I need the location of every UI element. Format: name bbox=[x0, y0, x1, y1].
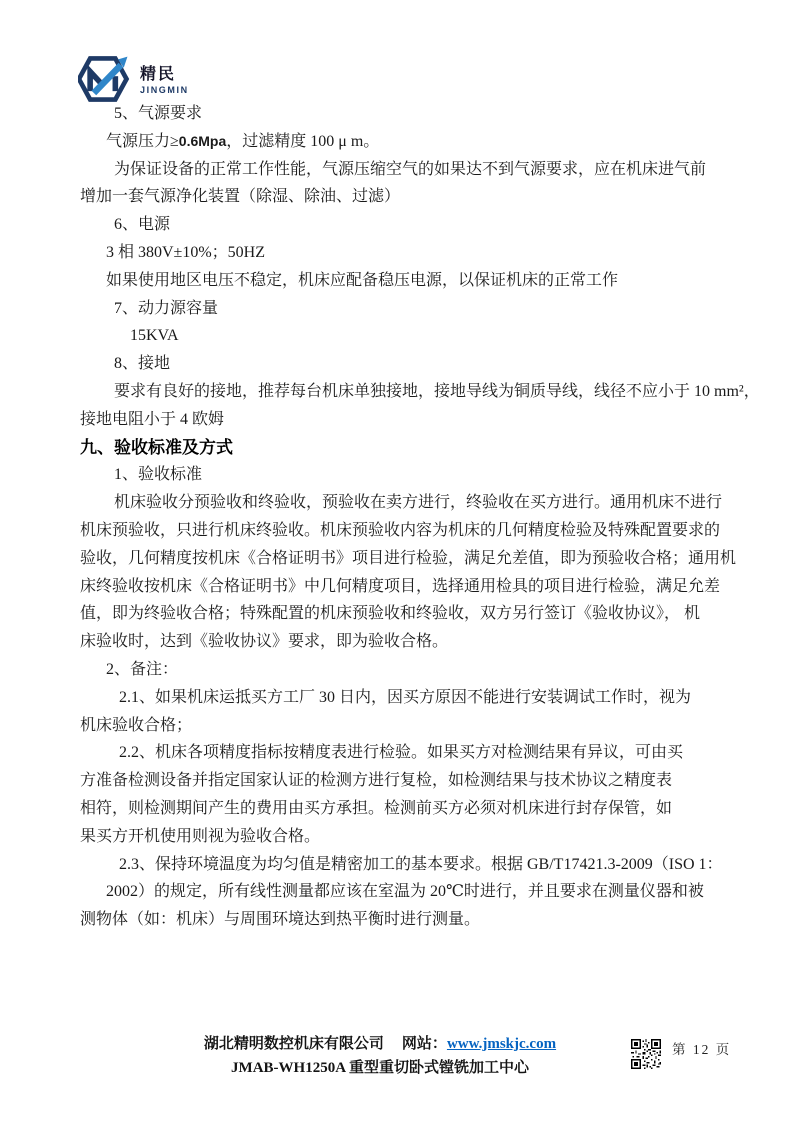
text-line: 2002）的规定，所有线性测量都应该在室温为 20℃时进行，并且要求在测量仪器和… bbox=[80, 878, 760, 906]
text-segment: 0.6Mpa bbox=[179, 133, 226, 149]
company-logo: 精民 JINGMIN bbox=[78, 55, 189, 103]
text-line: 15KVA bbox=[80, 322, 760, 350]
text-segment: 气源压力≥ bbox=[106, 133, 179, 150]
text-line: 3 相 380V±10%；50HZ bbox=[80, 239, 760, 267]
logo-mark-icon bbox=[78, 55, 134, 103]
text-line: 验收，几何精度按机床《合格证明书》项目进行检验，满足允差值，即为预验收合格；通用… bbox=[80, 545, 760, 573]
page-number: 第 12 页 bbox=[672, 1040, 742, 1060]
text-line: 5、气源要求 bbox=[80, 100, 760, 128]
text-line: 要求有良好的接地，推荐每台机床单独接地，接地导线为铜质导线，线径不应小于 10 … bbox=[80, 378, 760, 406]
text-line: 2.2、机床各项精度指标按精度表进行检验。如果买方对检测结果有异议，可由买 bbox=[80, 739, 760, 767]
text-segment: ，过滤精度 100 μ m。 bbox=[226, 133, 379, 150]
document-body: 5、气源要求气源压力≥0.6Mpa，过滤精度 100 μ m。为保证设备的正常工… bbox=[80, 100, 760, 934]
text-line: 8、接地 bbox=[80, 350, 760, 378]
text-line: 值，即为终验收合格；特殊配置的机床预验收和终验收，双方另行签订《验收协议》， 机 bbox=[80, 600, 760, 628]
footer-website-label: 网站： bbox=[402, 1036, 447, 1052]
text-line: 6、电源 bbox=[80, 211, 760, 239]
text-line: 机床验收合格； bbox=[80, 712, 760, 740]
footer-text: 湖北精明数控机床有限公司网站：www.jmskjc.com JMAB-WH125… bbox=[100, 1032, 660, 1080]
text-line: 果买方开机使用则视为验收合格。 bbox=[80, 823, 760, 851]
text-line: 机床验收分预验收和终验收，预验收在卖方进行，终验收在买方进行。通用机床不进行 bbox=[80, 489, 760, 517]
text-line: 2、备注： bbox=[80, 656, 760, 684]
text-line: 床验收时，达到《验收协议》要求，即为验收合格。 bbox=[80, 628, 760, 656]
text-line: 增加一套气源净化装置（除湿、除油、过滤） bbox=[80, 183, 760, 211]
section-heading: 九、验收标准及方式 bbox=[80, 434, 760, 462]
footer-company-line: 湖北精明数控机床有限公司网站：www.jmskjc.com bbox=[100, 1032, 660, 1056]
text-line: 接地电阻小于 4 欧姆 bbox=[80, 406, 760, 434]
footer-product: JMAB-WH1250A 重型重切卧式镗铣加工中心 bbox=[100, 1056, 660, 1080]
text-line: 机床预验收，只进行机床终验收。机床预验收内容为机床的几何精度检验及特殊配置要求的 bbox=[80, 517, 760, 545]
logo-name-zh: 精民 bbox=[140, 67, 189, 83]
text-line: 2.3、保持环境温度为均匀值是精密加工的基本要求。根据 GB/T17421.3-… bbox=[80, 851, 760, 879]
footer-website-link[interactable]: www.jmskjc.com bbox=[447, 1036, 556, 1052]
text-line: 方准备检测设备并指定国家认证的检测方进行复检，如检测结果与技术协议之精度表 bbox=[80, 767, 760, 795]
text-line: 2.1、如果机床运抵买方工厂 30 日内，因买方原因不能进行安装调试工作时，视为 bbox=[80, 684, 760, 712]
text-line: 测物体（如：机床）与周围环境达到热平衡时进行测量。 bbox=[80, 906, 760, 934]
text-line: 床终验收按机床《合格证明书》中几何精度项目，选择通用检具的项目进行检验，满足允差 bbox=[80, 573, 760, 601]
text-line: 1、验收标准 bbox=[80, 461, 760, 489]
footer-company: 湖北精明数控机床有限公司 bbox=[204, 1036, 384, 1052]
text-line: 如果使用地区电压不稳定，机床应配备稳压电源，以保证机床的正常工作 bbox=[80, 267, 760, 295]
logo-name-en: JINGMIN bbox=[140, 86, 189, 95]
text-line: 气源压力≥0.6Mpa，过滤精度 100 μ m。 bbox=[80, 128, 760, 156]
text-line: 为保证设备的正常工作性能，气源压缩空气的如果达不到气源要求，应在机床进气前 bbox=[80, 156, 760, 184]
text-line: 7、动力源容量 bbox=[80, 295, 760, 323]
document-page: 精民 JINGMIN 5、气源要求气源压力≥0.6Mpa，过滤精度 100 μ … bbox=[0, 0, 800, 1133]
logo-text: 精民 JINGMIN bbox=[140, 67, 189, 95]
qr-code bbox=[631, 1039, 661, 1069]
footer: 湖北精明数控机床有限公司网站：www.jmskjc.com JMAB-WH125… bbox=[0, 1032, 800, 1102]
text-line: 相符，则检测期间产生的费用由买方承担。检测前买方必须对机床进行封存保管，如 bbox=[80, 795, 760, 823]
